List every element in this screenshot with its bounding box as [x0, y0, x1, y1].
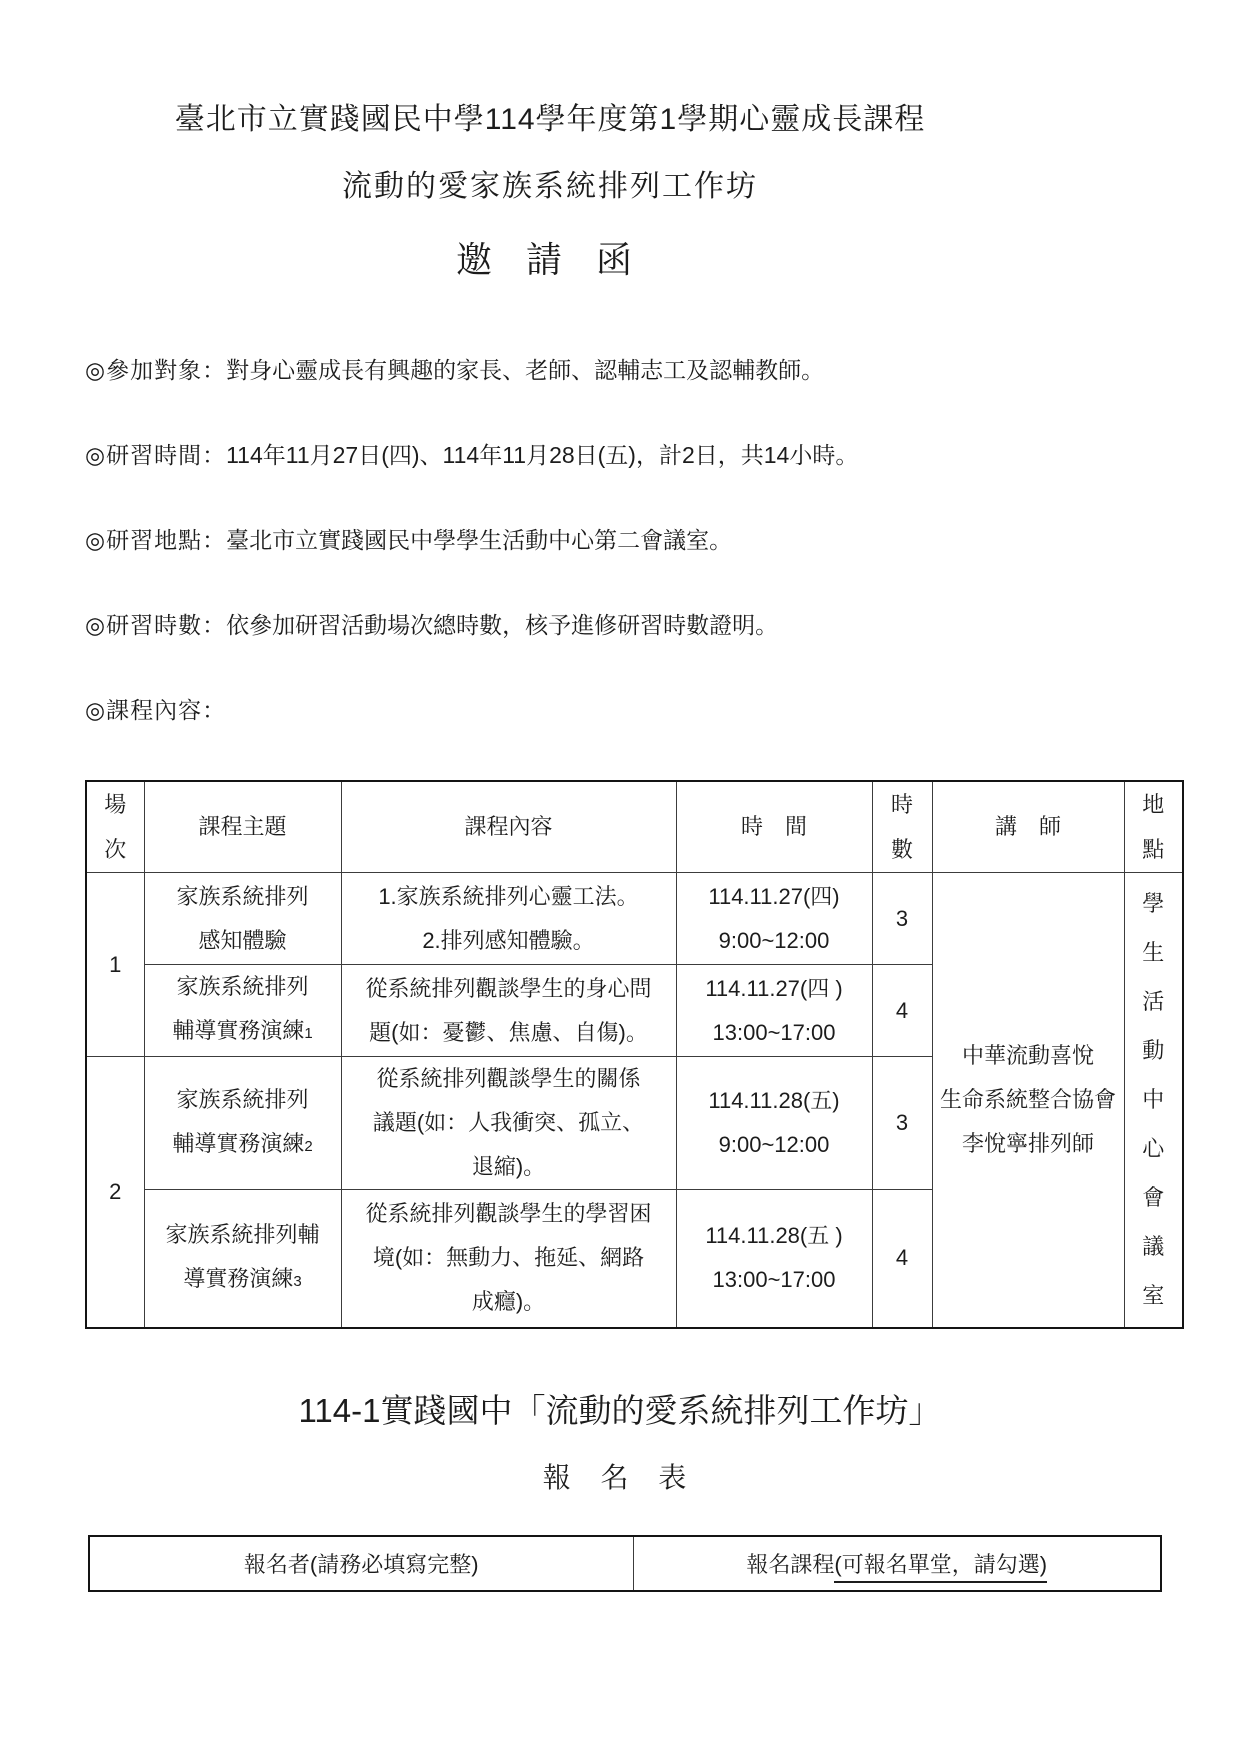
col-header-topic: 課程主題 — [144, 781, 341, 873]
topic-cell: 家族系統排列 輔導實務演練1 — [144, 965, 341, 1057]
course-table: 場次 課程主題 課程內容 時 間 時數 講 師 地點 1 家族系統排列 感知體驗… — [85, 780, 1184, 1329]
time-cell: 114.11.28(五 ) 13:00~17:00 — [676, 1190, 872, 1328]
topic-cell: 家族系統排列輔 導實務演練3 — [144, 1190, 341, 1328]
applicant-header-cell: 報名者(請務必填寫完整) — [89, 1536, 633, 1591]
col-header-location: 地點 — [1124, 781, 1183, 873]
signup-title: 114-1實踐國中「流動的愛系統排列工作坊」 — [0, 1389, 1240, 1433]
info-item-hours: ◎研習時數：依參加研習活動場次總時數，核予進修研習時數證明。 — [85, 610, 1240, 640]
underlined-note: (可報名單堂，請勾選) — [834, 1552, 1047, 1583]
col-header-lecturer: 講 師 — [932, 781, 1124, 873]
session-cell-2: 2 — [86, 1057, 144, 1328]
topic-cell: 家族系統排列 輔導實務演練2 — [144, 1057, 341, 1190]
signup-table: 報名者(請務必填寫完整) 報名課程(可報名單堂，請勾選) — [88, 1535, 1162, 1592]
info-label: ◎課程內容： — [85, 697, 226, 723]
info-list: ◎參加對象：對身心靈成長有興趣的家長、老師、認輔志工及認輔教師。 ◎研習時間：1… — [85, 355, 1240, 725]
signup-header-row: 報名者(請務必填寫完整) 報名課程(可報名單堂，請勾選) — [89, 1536, 1161, 1591]
info-item-time: ◎研習時間：114年11月27日(四)、114年11月28日(五)，計2日，共1… — [85, 440, 1240, 470]
info-label: ◎研習時間： — [85, 442, 226, 468]
col-header-session: 場次 — [86, 781, 144, 873]
info-label: ◎研習地點： — [85, 527, 226, 553]
location-cell: 學生活動中心會議室 — [1124, 873, 1183, 1328]
info-item-place: ◎研習地點：臺北市立實踐國民中學學生活動中心第二會議室。 — [85, 525, 1240, 555]
course-header-cell: 報名課程(可報名單堂，請勾選) — [633, 1536, 1161, 1591]
document-page: 臺北市立實踐國民中學114學年度第1學期心靈成長課程 流動的愛家族系統排列工作坊… — [0, 0, 1240, 1755]
content-cell: 從系統排列觀談學生的關係 議題(如：人我衝突、孤立、 退縮)。 — [341, 1057, 676, 1190]
col-header-time: 時 間 — [676, 781, 872, 873]
workshop-title: 流動的愛家族系統排列工作坊 — [0, 167, 1100, 207]
info-label: ◎研習時數： — [85, 612, 226, 638]
hours-cell: 3 — [872, 873, 932, 965]
topic-sub-number: 1 — [304, 1025, 312, 1042]
col-header-content: 課程內容 — [341, 781, 676, 873]
info-text: 依參加研習活動場次總時數，核予進修研習時數證明。 — [226, 612, 778, 638]
hours-cell: 3 — [872, 1057, 932, 1190]
info-item-content: ◎課程內容： — [85, 695, 1240, 725]
topic-sub-number: 3 — [293, 1273, 301, 1290]
time-cell: 114.11.27(四 ) 13:00~17:00 — [676, 965, 872, 1057]
content-cell: 1.家族系統排列心靈工法。 2.排列感知體驗。 — [341, 873, 676, 965]
time-cell: 114.11.27(四) 9:00~12:00 — [676, 873, 872, 965]
info-text: 臺北市立實踐國民中學學生活動中心第二會議室。 — [226, 527, 732, 553]
col-header-hours: 時數 — [872, 781, 932, 873]
course-row-1a: 1 家族系統排列 感知體驗 1.家族系統排列心靈工法。 2.排列感知體驗。 11… — [86, 873, 1183, 965]
content-cell: 從系統排列觀談學生的學習困 境(如：無動力、拖延、網路 成癮)。 — [341, 1190, 676, 1328]
hours-cell: 4 — [872, 965, 932, 1057]
signup-subtitle: 報 名 表 — [0, 1459, 1240, 1497]
location-vertical-text: 學生活動中心會議室 — [1140, 879, 1166, 1320]
course-table-header-row: 場次 課程主題 課程內容 時 間 時數 講 師 地點 — [86, 781, 1183, 873]
info-text: 對身心靈成長有興趣的家長、老師、認輔志工及認輔教師。 — [226, 357, 824, 383]
info-item-participants: ◎參加對象：對身心靈成長有興趣的家長、老師、認輔志工及認輔教師。 — [85, 355, 1240, 385]
lecturer-cell: 中華流動喜悅 生命系統整合協會 李悅寧排列師 — [932, 873, 1124, 1328]
session-cell-1: 1 — [86, 873, 144, 1057]
topic-cell: 家族系統排列 感知體驗 — [144, 873, 341, 965]
topic-sub-number: 2 — [304, 1138, 312, 1155]
invitation-heading: 邀 請 函 — [0, 237, 1100, 283]
hours-cell: 4 — [872, 1190, 932, 1328]
content-cell: 從系統排列觀談學生的身心問 題(如：憂鬱、焦慮、自傷)。 — [341, 965, 676, 1057]
time-cell: 114.11.28(五) 9:00~12:00 — [676, 1057, 872, 1190]
main-title: 臺北市立實踐國民中學114學年度第1學期心靈成長課程 — [0, 0, 1100, 140]
heading-block: 臺北市立實踐國民中學114學年度第1學期心靈成長課程 流動的愛家族系統排列工作坊… — [0, 0, 1100, 283]
info-label: ◎參加對象： — [85, 357, 226, 383]
info-text: 114年11月27日(四)、114年11月28日(五)，計2日，共14小時。 — [226, 442, 858, 468]
